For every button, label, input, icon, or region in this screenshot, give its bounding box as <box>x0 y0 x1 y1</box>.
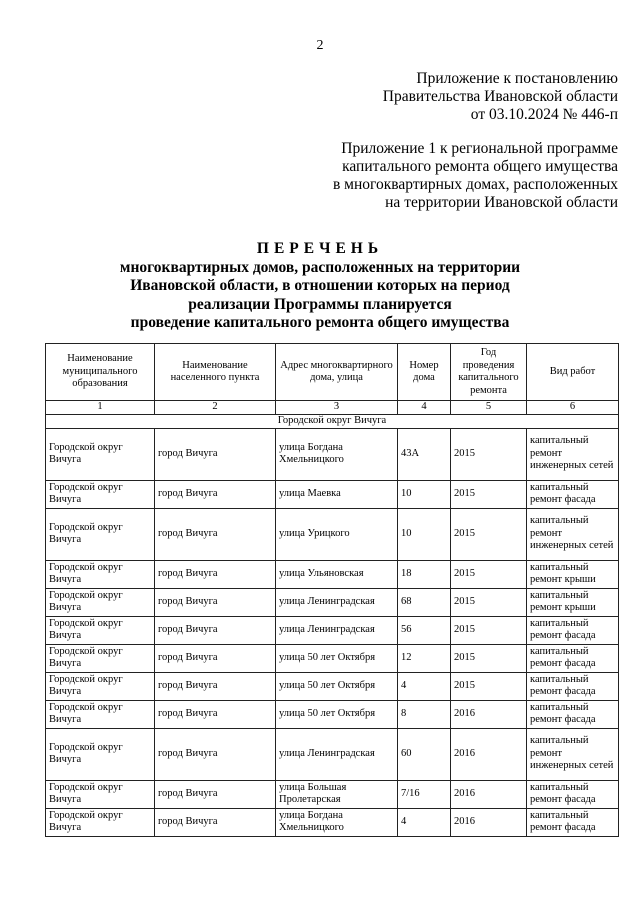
street-cell: улица Маевка <box>276 480 398 508</box>
house-number-cell: 8 <box>398 700 451 728</box>
annex-program-line: Приложение 1 к региональной программе <box>333 140 618 158</box>
locality-cell: город Вичуга <box>155 616 276 644</box>
work-type-cell: капитальный ремонт инженерных сетей <box>527 508 619 560</box>
table-row: Городской округ Вичугагород Вичугаулица … <box>46 728 619 780</box>
document-title: ПЕРЕЧЕНЬ многоквартирных домов, располож… <box>0 240 640 333</box>
street-cell: улица Ульяновская <box>276 560 398 588</box>
table-row: Городской округ Вичугагород Вичугаулица … <box>46 780 619 808</box>
municipality-cell: Городской округ Вичуга <box>46 588 155 616</box>
house-number-cell: 60 <box>398 728 451 780</box>
table-header-row: Наименование муниципального образования … <box>46 344 619 401</box>
annex-program-line: в многоквартирных домах, расположенных <box>333 176 618 194</box>
locality-cell: город Вичуга <box>155 508 276 560</box>
locality-cell: город Вичуга <box>155 808 276 836</box>
work-type-cell: капитальный ремонт фасада <box>527 480 619 508</box>
work-type-cell: капитальный ремонт фасада <box>527 644 619 672</box>
table-row: Городской округ Вичугагород Вичугаулица … <box>46 508 619 560</box>
group-label: Городской округ Вичуга <box>46 414 619 428</box>
house-number-cell: 43А <box>398 428 451 480</box>
municipality-cell: Городской округ Вичуга <box>46 672 155 700</box>
year-cell: 2015 <box>451 508 527 560</box>
annex-resolution-line: Приложение к постановлению <box>383 70 618 88</box>
buildings-table: Наименование муниципального образования … <box>45 343 619 837</box>
table-row: Городской округ Вичугагород Вичугаулица … <box>46 588 619 616</box>
column-header: Год проведения капитального ремонта <box>451 344 527 401</box>
column-header: Наименование муниципального образования <box>46 344 155 401</box>
year-cell: 2016 <box>451 728 527 780</box>
locality-cell: город Вичуга <box>155 428 276 480</box>
title-line: многоквартирных домов, расположенных на … <box>0 259 640 278</box>
table-row: Городской округ Вичугагород Вичугаулица … <box>46 672 619 700</box>
locality-cell: город Вичуга <box>155 480 276 508</box>
year-cell: 2015 <box>451 616 527 644</box>
house-number-cell: 12 <box>398 644 451 672</box>
year-cell: 2016 <box>451 808 527 836</box>
work-type-cell: капитальный ремонт фасада <box>527 700 619 728</box>
title-line: Ивановской области, в отношении которых … <box>0 277 640 296</box>
column-header: Вид работ <box>527 344 619 401</box>
year-cell: 2015 <box>451 480 527 508</box>
annex-resolution-line: от 03.10.2024 № 446-п <box>383 106 618 124</box>
year-cell: 2015 <box>451 560 527 588</box>
municipality-cell: Городской округ Вичуга <box>46 480 155 508</box>
column-number-row: 1 2 3 4 5 6 <box>46 401 619 415</box>
house-number-cell: 4 <box>398 808 451 836</box>
locality-cell: город Вичуга <box>155 560 276 588</box>
house-number-cell: 68 <box>398 588 451 616</box>
column-number: 4 <box>398 401 451 415</box>
work-type-cell: капитальный ремонт инженерных сетей <box>527 428 619 480</box>
column-number: 3 <box>276 401 398 415</box>
street-cell: улица 50 лет Октября <box>276 700 398 728</box>
table-row: Городской округ Вичугагород Вичугаулица … <box>46 428 619 480</box>
street-cell: улица 50 лет Октября <box>276 644 398 672</box>
house-number-cell: 10 <box>398 480 451 508</box>
street-cell: улица Урицкого <box>276 508 398 560</box>
column-number: 1 <box>46 401 155 415</box>
street-cell: улица Ленинградская <box>276 616 398 644</box>
house-number-cell: 4 <box>398 672 451 700</box>
column-number: 5 <box>451 401 527 415</box>
locality-cell: город Вичуга <box>155 728 276 780</box>
house-number-cell: 7/16 <box>398 780 451 808</box>
work-type-cell: капитальный ремонт фасада <box>527 808 619 836</box>
street-cell: улица Большая Пролетарская <box>276 780 398 808</box>
municipality-cell: Городской округ Вичуга <box>46 428 155 480</box>
year-cell: 2015 <box>451 644 527 672</box>
table-row: Городской округ Вичугагород Вичугаулица … <box>46 700 619 728</box>
house-number-cell: 18 <box>398 560 451 588</box>
table-row: Городской округ Вичугагород Вичугаулица … <box>46 560 619 588</box>
municipality-cell: Городской округ Вичуга <box>46 560 155 588</box>
annex-program: Приложение 1 к региональной программе ка… <box>333 140 618 212</box>
year-cell: 2016 <box>451 700 527 728</box>
locality-cell: город Вичуга <box>155 588 276 616</box>
year-cell: 2015 <box>451 428 527 480</box>
house-number-cell: 10 <box>398 508 451 560</box>
street-cell: улица 50 лет Октября <box>276 672 398 700</box>
year-cell: 2015 <box>451 672 527 700</box>
column-number: 6 <box>527 401 619 415</box>
work-type-cell: капитальный ремонт фасада <box>527 672 619 700</box>
annex-resolution-line: Правительства Ивановской области <box>383 88 618 106</box>
title-line: проведение капитального ремонта общего и… <box>0 314 640 333</box>
title-heading: ПЕРЕЧЕНЬ <box>0 240 640 259</box>
annex-program-line: капитального ремонта общего имущества <box>333 158 618 176</box>
column-header: Наименование населенного пункта <box>155 344 276 401</box>
street-cell: улица Ленинградская <box>276 588 398 616</box>
street-cell: улица Богдана Хмельницкого <box>276 808 398 836</box>
municipality-cell: Городской округ Вичуга <box>46 644 155 672</box>
municipality-cell: Городской округ Вичуга <box>46 616 155 644</box>
year-cell: 2015 <box>451 588 527 616</box>
municipality-cell: Городской округ Вичуга <box>46 700 155 728</box>
locality-cell: город Вичуга <box>155 672 276 700</box>
year-cell: 2016 <box>451 780 527 808</box>
work-type-cell: капитальный ремонт крыши <box>527 588 619 616</box>
table-row: Городской округ Вичугагород Вичугаулица … <box>46 616 619 644</box>
annex-resolution: Приложение к постановлению Правительства… <box>383 70 618 124</box>
municipality-cell: Городской округ Вичуга <box>46 808 155 836</box>
column-header: Адрес многоквартирного дома, улица <box>276 344 398 401</box>
work-type-cell: капитальный ремонт инженерных сетей <box>527 728 619 780</box>
annex-program-line: на территории Ивановской области <box>333 194 618 212</box>
title-line: реализации Программы планируется <box>0 296 640 315</box>
street-cell: улица Богдана Хмельницкого <box>276 428 398 480</box>
table-row: Городской округ Вичугагород Вичугаулица … <box>46 644 619 672</box>
work-type-cell: капитальный ремонт фасада <box>527 616 619 644</box>
municipality-cell: Городской округ Вичуга <box>46 508 155 560</box>
locality-cell: город Вичуга <box>155 700 276 728</box>
column-number: 2 <box>155 401 276 415</box>
work-type-cell: капитальный ремонт крыши <box>527 560 619 588</box>
work-type-cell: капитальный ремонт фасада <box>527 780 619 808</box>
table-row: Городской округ Вичугагород Вичугаулица … <box>46 808 619 836</box>
locality-cell: город Вичуга <box>155 780 276 808</box>
house-number-cell: 56 <box>398 616 451 644</box>
page-number: 2 <box>0 38 640 54</box>
street-cell: улица Ленинградская <box>276 728 398 780</box>
table-row: Городской округ Вичугагород Вичугаулица … <box>46 480 619 508</box>
municipality-cell: Городской округ Вичуга <box>46 728 155 780</box>
group-row: Городской округ Вичуга <box>46 414 619 428</box>
municipality-cell: Городской округ Вичуга <box>46 780 155 808</box>
column-header: Номер дома <box>398 344 451 401</box>
locality-cell: город Вичуга <box>155 644 276 672</box>
